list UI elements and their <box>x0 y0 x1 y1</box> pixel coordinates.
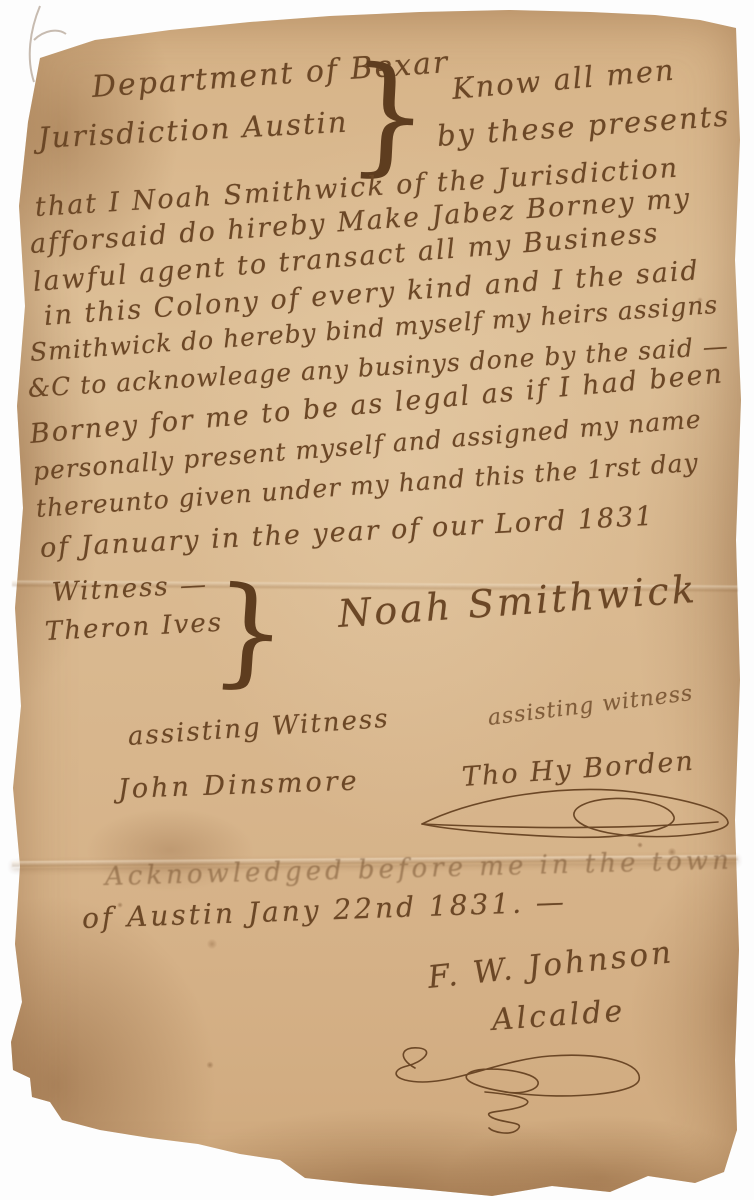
johnson-paraph-flourish <box>385 1040 655 1135</box>
witness-brace: } <box>208 570 291 693</box>
photo-background: Department of Bexar Jurisdiction Austin … <box>0 0 754 1200</box>
borden-signature-flourish <box>418 782 738 846</box>
header-brace: } <box>345 50 433 182</box>
